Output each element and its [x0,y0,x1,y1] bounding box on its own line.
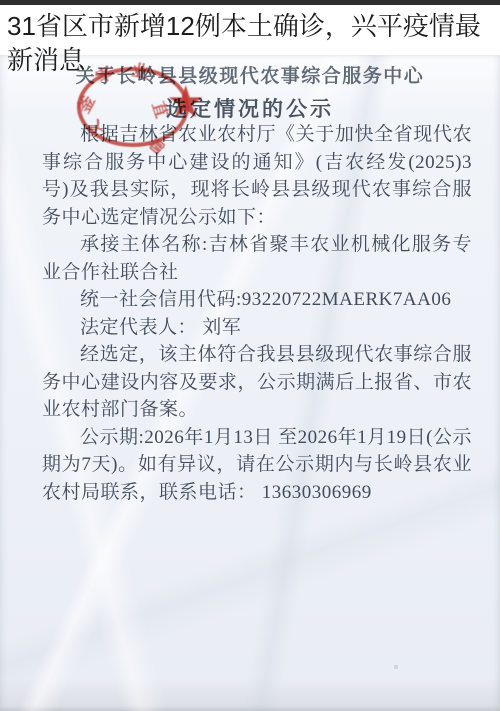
doc-paragraph-entity-name: 承接主体名称:吉林省聚丰农业机械化服务专业合作社联合社 [42,231,472,286]
doc-paragraph-selection-result: 经选定，该主体符合我县县级现代农事综合服务中心建设内容及要求，公示期满后上报省、… [42,341,472,424]
doc-paragraph-legal-rep: 法定代表人： 刘军 [42,314,472,342]
headline-line-1: 31省区市新增12例本土确诊，兴平疫情最 [7,9,498,43]
doc-paragraph-credit-code: 统一社会信用代码:93220722MAERK7AA06 [42,286,472,314]
status-bar-strip [0,0,500,5]
doc-paragraph-publicity-period: 公示期:2026年1月13日 至2026年1月19日(公示期为7天)。如有异议，… [42,424,472,507]
doc-body: 根据吉林省农业农村厅《关于加快全省现代农事综合服务中心建设的通知》(吉农经发(2… [42,121,472,506]
star-icon: ★ [166,81,205,125]
headline-line-2: 新消息 [7,43,498,77]
official-red-seal: ★ 釜 宰 业 苴 乂 卿 [77,67,189,147]
paper-speck [394,665,398,669]
document-photo: 关于长岭县县级现代农事综合服务中心 选定情况的公示 根据吉林省农业农村厅《关于加… [0,55,500,711]
article-headline: 31省区市新增12例本土确诊，兴平疫情最 新消息 [0,7,500,77]
